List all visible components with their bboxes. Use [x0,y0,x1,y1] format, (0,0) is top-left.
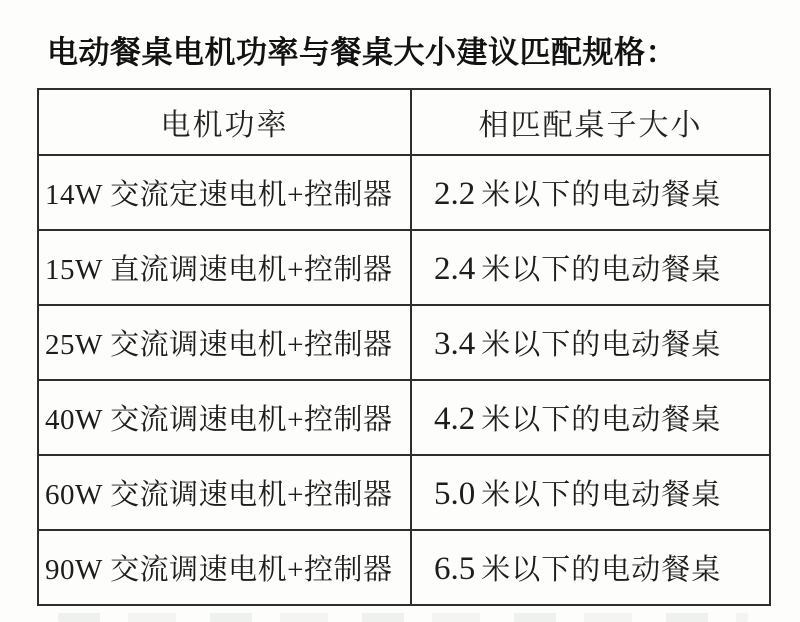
size-text: 米以下的电动餐桌 [481,479,721,511]
document-page: 电动餐桌电机功率与餐桌大小建议匹配规格： 电机功率 相匹配桌子大小 14W 交流… [0,0,800,622]
size-text: 米以下的电动餐桌 [481,179,721,211]
motor-power-cell: 90W 交流调速电机+控制器 [38,530,411,605]
size-number: 5.0 [434,476,475,512]
table-size-cell: 2.4米以下的电动餐桌 [411,230,770,305]
motor-power-cell: 60W 交流调速电机+控制器 [38,455,411,530]
header-cell-table-size: 相匹配桌子大小 [411,89,770,155]
motor-power-cell: 25W 交流调速电机+控制器 [38,305,411,380]
motor-power-cell: 14W 交流定速电机+控制器 [38,155,411,230]
table-header-row: 电机功率 相匹配桌子大小 [38,89,770,155]
table-row: 14W 交流定速电机+控制器 2.2米以下的电动餐桌 [38,155,770,230]
table-row: 25W 交流调速电机+控制器 3.4米以下的电动餐桌 [38,305,770,380]
motor-power-spec-table: 电机功率 相匹配桌子大小 14W 交流定速电机+控制器 2.2米以下的电动餐桌 … [37,88,771,606]
table-row: 40W 交流调速电机+控制器 4.2米以下的电动餐桌 [38,380,770,455]
size-text: 米以下的电动餐桌 [481,404,721,436]
header-cell-motor-power: 电机功率 [38,89,411,155]
size-number: 2.4 [434,251,475,287]
size-text: 米以下的电动餐桌 [481,554,721,586]
motor-power-cell: 40W 交流调速电机+控制器 [38,380,411,455]
size-number: 4.2 [434,401,475,437]
size-text: 米以下的电动餐桌 [481,329,721,361]
table-size-cell: 5.0米以下的电动餐桌 [411,455,770,530]
page-title: 电动餐桌电机功率与餐桌大小建议匹配规格： [47,27,677,72]
cropped-bottom-text-line [58,613,748,622]
table-size-cell: 6.5米以下的电动餐桌 [411,530,770,605]
table-size-cell: 2.2米以下的电动餐桌 [411,155,770,230]
table-row: 90W 交流调速电机+控制器 6.5米以下的电动餐桌 [38,530,770,605]
size-number: 3.4 [434,326,475,362]
table-size-cell: 3.4米以下的电动餐桌 [411,305,770,380]
size-text: 米以下的电动餐桌 [481,254,721,286]
table-row: 60W 交流调速电机+控制器 5.0米以下的电动餐桌 [38,455,770,530]
table-row: 15W 直流调速电机+控制器 2.4米以下的电动餐桌 [38,230,770,305]
table-body: 14W 交流定速电机+控制器 2.2米以下的电动餐桌 15W 直流调速电机+控制… [38,155,770,605]
size-number: 6.5 [434,551,475,587]
table-size-cell: 4.2米以下的电动餐桌 [411,380,770,455]
size-number: 2.2 [434,176,475,212]
motor-power-cell: 15W 直流调速电机+控制器 [38,230,411,305]
